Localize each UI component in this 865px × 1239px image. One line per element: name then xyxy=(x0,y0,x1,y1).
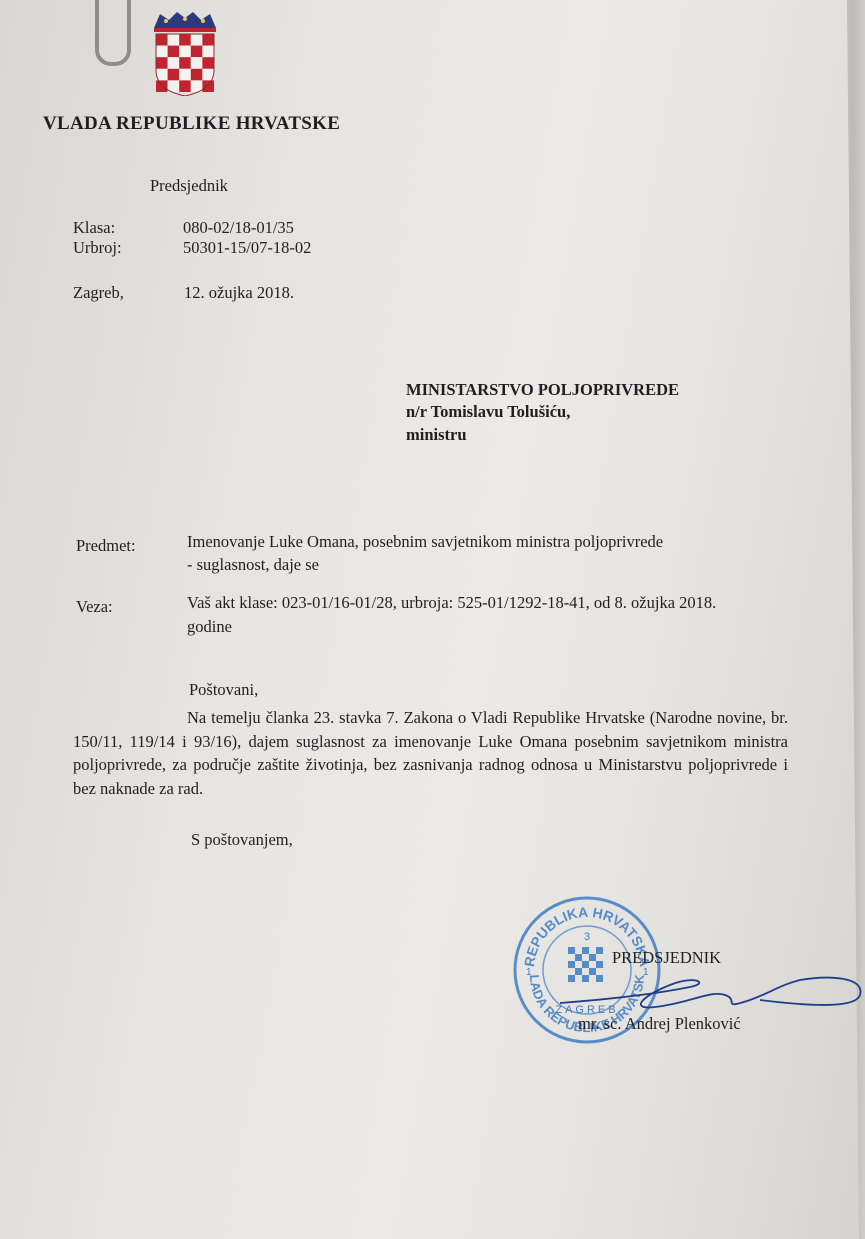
institution-name: VLADA REPUBLIKE HRVATSKE xyxy=(43,113,340,135)
greeting: Poštovani, xyxy=(189,680,258,700)
klasa-value: 080-02/18-01/35 xyxy=(183,218,294,238)
handwritten-signature xyxy=(560,955,865,1025)
place-label: Zagreb, xyxy=(73,283,124,303)
subject-line-1: Imenovanje Luke Omana, posebnim savjetni… xyxy=(187,532,663,552)
subject-line-2: - suglasnost, daje se xyxy=(187,555,319,575)
date-value: 12. ožujka 2018. xyxy=(184,283,294,303)
subject-label: Predmet: xyxy=(76,536,136,556)
recipient-role: ministru xyxy=(406,425,467,445)
klasa-label: Klasa: xyxy=(73,218,115,238)
recipient-attention: n/r Tomislavu Tolušiću, xyxy=(406,402,570,422)
svg-text:3: 3 xyxy=(584,931,590,943)
closing: S poštovanjem, xyxy=(191,830,293,850)
urbroj-value: 50301-15/07-18-02 xyxy=(183,238,311,258)
body-paragraph: Na temelju članka 23. stavka 7. Zakona o… xyxy=(73,706,788,800)
letter-page: VLADA REPUBLIKE HRVATSKE Predsjednik Kla… xyxy=(0,0,865,1239)
link-line-2: godine xyxy=(187,617,232,637)
recipient-ministry: MINISTARSTVO POLJOPRIVREDE xyxy=(406,380,679,400)
page-edge-shadow xyxy=(835,0,865,1239)
coat-of-arms-icon xyxy=(152,10,218,96)
urbroj-label: Urbroj: xyxy=(73,238,122,258)
svg-text:1: 1 xyxy=(526,967,532,978)
office-name: Predsjednik xyxy=(150,176,228,196)
link-label: Veza: xyxy=(76,597,113,617)
paperclip-icon xyxy=(95,0,131,66)
link-line-1: Vaš akt klase: 023-01/16-01/28, urbroja:… xyxy=(187,593,716,613)
